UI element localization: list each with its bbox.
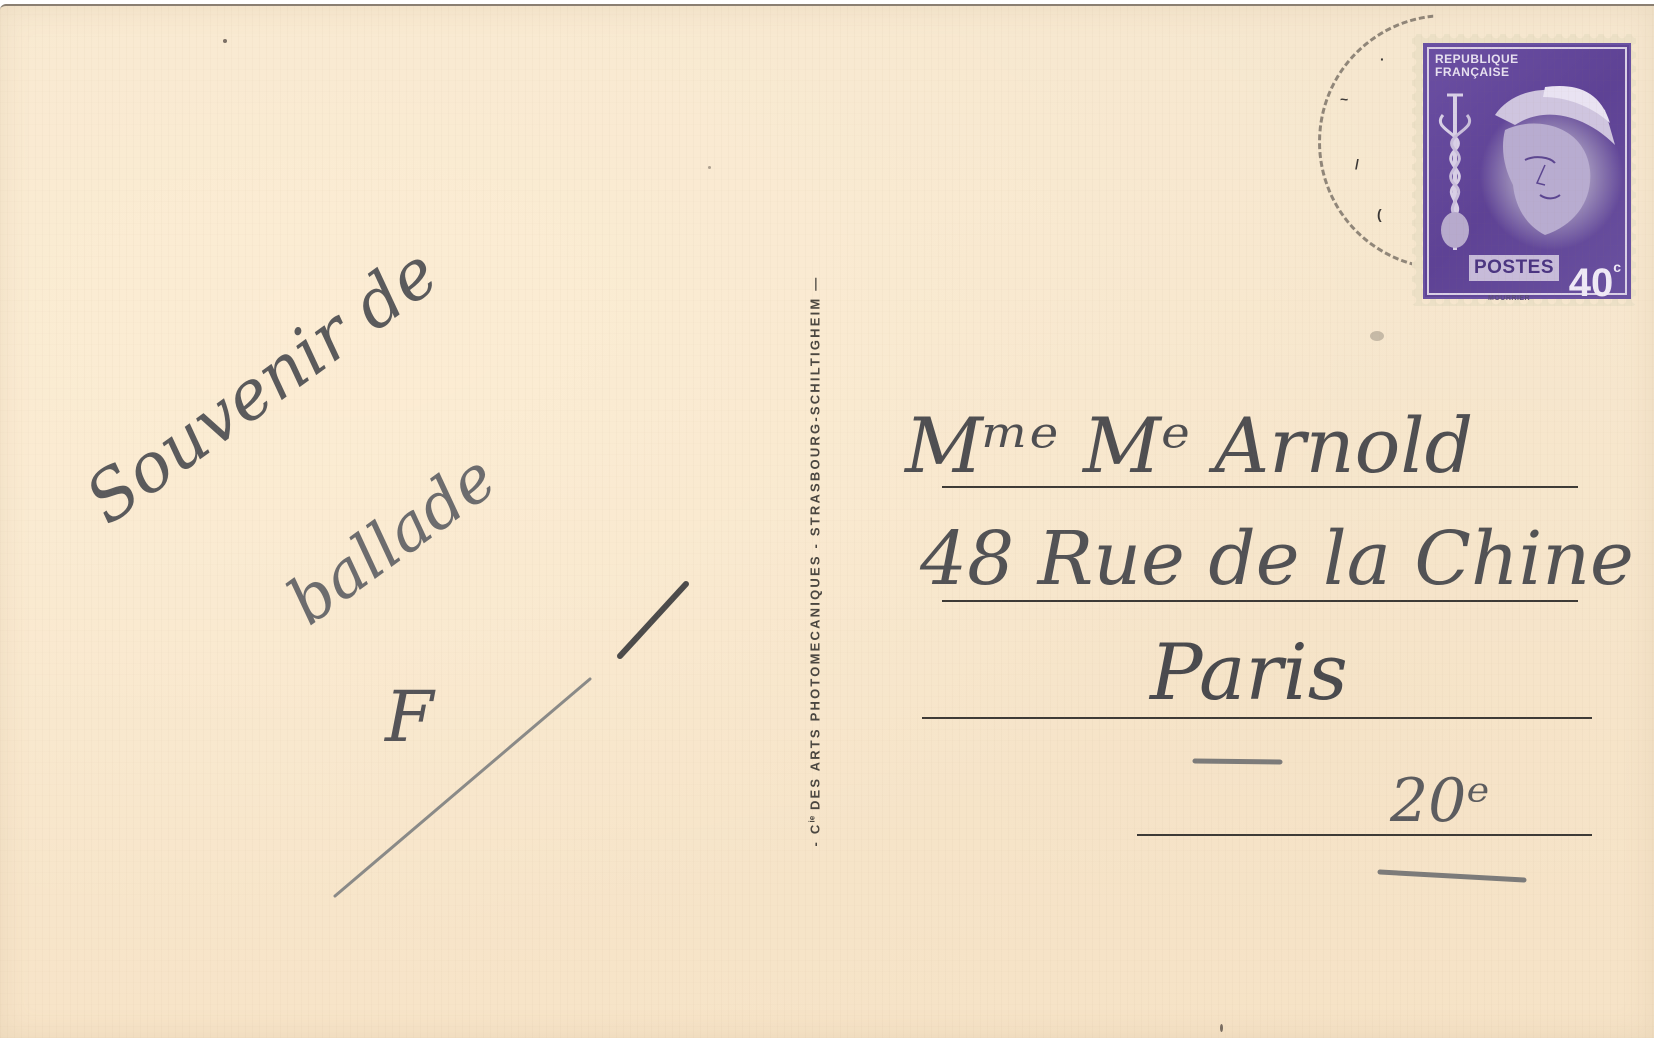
paper-speck (1220, 1024, 1223, 1032)
paper-speck (1370, 331, 1384, 341)
postmark-fragment: · (1380, 51, 1385, 67)
postcard-back: - Cie DES ARTS PHOTOMECANIQUES - STRASBO… (0, 4, 1654, 1038)
postmark-fragment: / (1355, 156, 1359, 172)
postage-stamp: REPUBLIQUE FRANÇAISE POSTES 40c (1423, 43, 1631, 299)
address-recipient: Mᵐᵉ Mᵉ Arnold (905, 401, 1473, 490)
address-street: 48 Rue de la Chine (920, 516, 1634, 602)
address-line-4 (1137, 834, 1592, 836)
address-arrondissement: 20ᵉ (1390, 766, 1490, 836)
stamp-value-number: 40 (1569, 261, 1614, 305)
address-city: Paris (1150, 628, 1348, 718)
stamp-postes-label: POSTES (1469, 255, 1559, 281)
paper-speck (708, 166, 711, 169)
stamp-value-unit: c (1613, 259, 1621, 275)
stamp-value: 40c (1569, 245, 1621, 305)
postmark-fragment: ( (1377, 206, 1382, 222)
stamp-engraver: MOURRIER (1488, 295, 1530, 302)
paper-speck (223, 39, 227, 43)
postmark-fragment: ~ (1340, 91, 1348, 107)
mercury-head-icon (1425, 75, 1629, 255)
